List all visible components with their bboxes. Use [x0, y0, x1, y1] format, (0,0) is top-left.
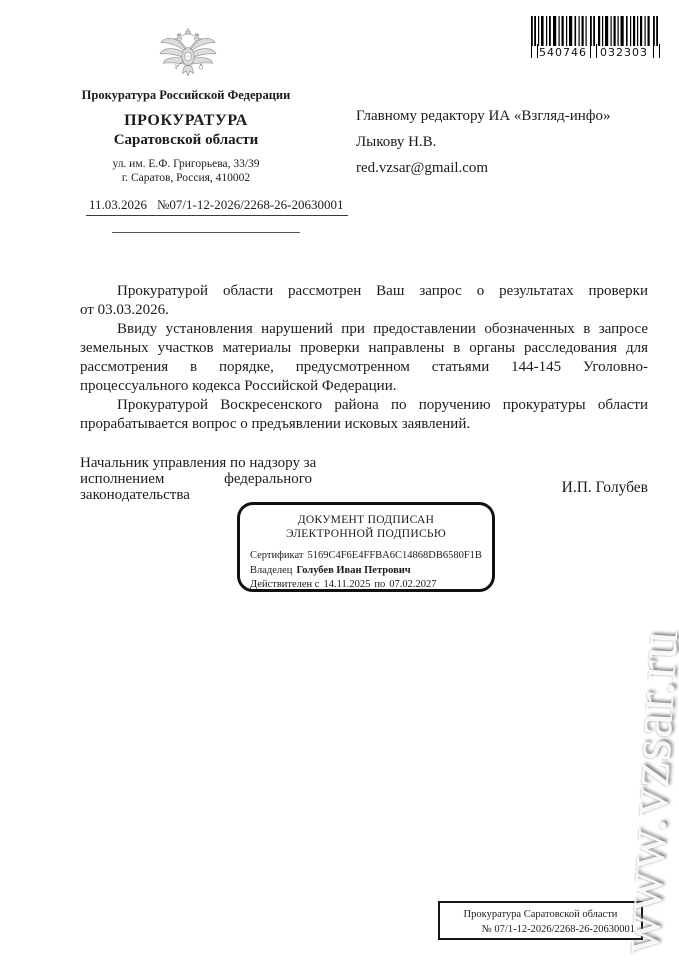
signature-title-line3: законодательства: [80, 487, 312, 503]
reply-reference-blank-line: [112, 224, 300, 233]
doc-date-number-line: 11.03.2026 №07/1-12-2026/2268-26-2063000…: [86, 197, 348, 216]
barcode-digits-left: 540746: [538, 46, 588, 59]
document-page: Прокуратура Российской Федерации ПРОКУРА…: [0, 0, 679, 960]
recipient-name: Лыкову Н.В.: [356, 129, 611, 155]
body-line: процессуального кодекса Российской Федер…: [80, 377, 648, 396]
stamp-owner-label: Владелец: [250, 565, 292, 576]
letterhead-address-line1: ул. им. Е.Ф. Григорьева, 33/39: [53, 157, 319, 171]
digital-signature-stamp: ДОКУМЕНТ ПОДПИСАН ЭЛЕКТРОННОЙ ПОДПИСЬЮ С…: [237, 502, 495, 592]
barcode-guard-left: [531, 44, 538, 58]
stamp-cert-value: 5169C4F6E4FFBA6C14868DB6580F1B: [307, 550, 481, 561]
barcode: 540746 032303: [530, 16, 662, 58]
stamp-title-line2: ЭЛЕКТРОННОЙ ПОДПИСЬЮ: [240, 528, 492, 542]
doc-number: №07/1-12-2026/2268-26-20630001: [157, 197, 343, 213]
signature-title-word-ispolneniem: исполнением: [80, 471, 164, 487]
barcode-guard-right: [653, 44, 660, 58]
signature-title-word-federalnogo: федерального: [224, 471, 312, 487]
signature-title-line2: исполнением федерального: [80, 471, 312, 487]
letterhead-org-name: ПРОКУРАТУРА: [53, 112, 319, 130]
letter-body: Прокуратурой области рассмотрен Ваш запр…: [80, 282, 648, 434]
body-line: от 03.03.2026.: [80, 301, 648, 320]
footer-org-name: Прокуратура Саратовской области: [440, 908, 641, 921]
body-line: Ввиду установления нарушений при предост…: [80, 320, 648, 339]
letterhead-org-federation: Прокуратура Российской Федерации: [53, 88, 319, 103]
stamp-valid-label: Действителен с: [250, 579, 319, 590]
barcode-digits-right: 032303: [598, 46, 650, 59]
stamp-cert-label: Сертификат: [250, 550, 303, 561]
signature-title-line1: Начальник управления по надзору за: [80, 455, 312, 471]
body-line: земельных участков материалы проверки на…: [80, 339, 648, 358]
stamp-validity-row: Действителен с14.11.2025по07.02.2027: [250, 578, 492, 593]
stamp-details: Сертификат5169C4F6E4FFBA6C14868DB6580F1B…: [240, 549, 492, 593]
recipient-block: Главному редактору ИА «Взгляд-инфо» Лыко…: [356, 103, 611, 181]
barcode-guard-middle: [590, 44, 597, 58]
signature-title-block: Начальник управления по надзору за испол…: [80, 455, 312, 503]
body-line: Прокуратурой Воскресенского района по по…: [80, 396, 648, 415]
coat-of-arms-icon: [157, 27, 219, 85]
registration-stamp-box: Прокуратура Саратовской области № 07/1-1…: [438, 901, 643, 940]
stamp-certificate-row: Сертификат5169C4F6E4FFBA6C14868DB6580F1B: [250, 549, 492, 564]
letterhead: Прокуратура Российской Федерации ПРОКУРА…: [53, 88, 319, 185]
body-line: прорабатывается вопрос о предъявлении ис…: [80, 415, 648, 434]
footer-doc-number: № 07/1-12-2026/2268-26-20630001: [440, 923, 641, 936]
letterhead-org-region: Саратовской области: [53, 132, 319, 149]
stamp-owner-row: ВладелецГолубев Иван Петрович: [250, 564, 492, 579]
body-line: рассмотрения в порядке, предусмотренном …: [80, 358, 648, 377]
stamp-owner-value: Голубев Иван Петрович: [296, 565, 410, 576]
stamp-title-line1: ДОКУМЕНТ ПОДПИСАН: [240, 514, 492, 528]
barcode-bars-icon: [530, 16, 662, 46]
recipient-email: red.vzsar@gmail.com: [356, 155, 611, 181]
stamp-valid-from: 14.11.2025: [323, 579, 370, 590]
stamp-valid-to-label: по: [374, 579, 385, 590]
recipient-title: Главному редактору ИА «Взгляд-инфо»: [356, 103, 611, 129]
doc-date: 11.03.2026: [89, 197, 147, 213]
letterhead-address-line2: г. Саратов, Россия, 410002: [53, 171, 319, 185]
signatory-name: И.П. Голубев: [562, 479, 648, 497]
stamp-valid-to: 07.02.2027: [389, 579, 436, 590]
body-line: Прокуратурой области рассмотрен Ваш запр…: [80, 282, 648, 301]
